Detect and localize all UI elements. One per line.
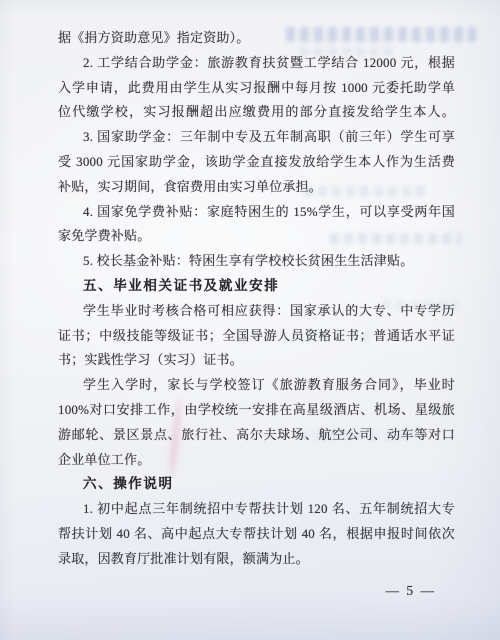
text-line: 游邮轮、景区景点、旅行社、高尔夫球场、航空公司、动车等对口 [58, 423, 455, 448]
text-line: 2. 工学结合助学金：旅游教育扶贫暨工学结合 12000 元，根据 [58, 51, 455, 76]
text-line: 据《捐方资助意见》指定资助）。 [58, 26, 455, 51]
text-line: 学生毕业时考核合格可相应获得：国家承认的大专、中专学历 [58, 299, 455, 324]
text-line: 补贴，实习期间，食宿费用由实习单位承担。 [58, 175, 455, 200]
text-line: 学生入学时，家长与学校签订《旅游教育服务合同》，毕业时 [58, 373, 455, 398]
text-line: 家免学费补贴。 [58, 224, 455, 249]
page-number: — 5 — [386, 583, 437, 599]
text-line: 书；实践性学习（实习）证书。 [58, 348, 455, 373]
text-line: 帮扶计划 40 名、高中起点大专帮扶计划 40 名，根据申报时间依次 [58, 522, 455, 547]
document-text: 据《捐方资助意见》指定资助）。 2. 工学结合助学金：旅游教育扶贫暨工学结合 1… [58, 0, 455, 572]
text-line: 5. 校长基金补贴：特困生享有学校校长贫困生生活津贴。 [58, 249, 455, 274]
text-line: 受 3000 元国家助学金，该助学金直接发放给学生本人作为生活费 [58, 150, 455, 175]
text-line: 3. 国家助学金：三年制中专及五年制高职（前三年）学生可享 [58, 125, 455, 150]
text-line: 证书；中级技能等级证书；全国导游人员资格证书；普通话水平证 [58, 324, 455, 349]
section-heading: 五、毕业相关证书及就业安排 [58, 274, 455, 299]
text-line: 4. 国家免学费补贴：家庭特困生的 15%学生，可以享受两年国 [58, 200, 455, 225]
text-line: 位代缴学校，实习报酬超出应缴费用的部分直接发给学生本人。 [58, 100, 455, 125]
scanned-document-page: 据《捐方资助意见》指定资助）。 2. 工学结合助学金：旅游教育扶贫暨工学结合 1… [0, 0, 500, 640]
text-line: 1. 初中起点三年制统招中专帮扶计划 120 名、五年制统招大专 [58, 497, 455, 522]
section-heading: 六、操作说明 [58, 472, 455, 497]
text-line: 录取，因教育厅批准计划有限，额满为止。 [58, 547, 455, 572]
text-line: 入学申请，此费用由学生从实习报酬中每月按 1000 元委托助学单 [58, 76, 455, 101]
text-line: 企业单位工作。 [58, 448, 455, 473]
text-line: 100%对口安排工作，由学校统一安排在高星级酒店、机场、星级旅 [58, 398, 455, 423]
